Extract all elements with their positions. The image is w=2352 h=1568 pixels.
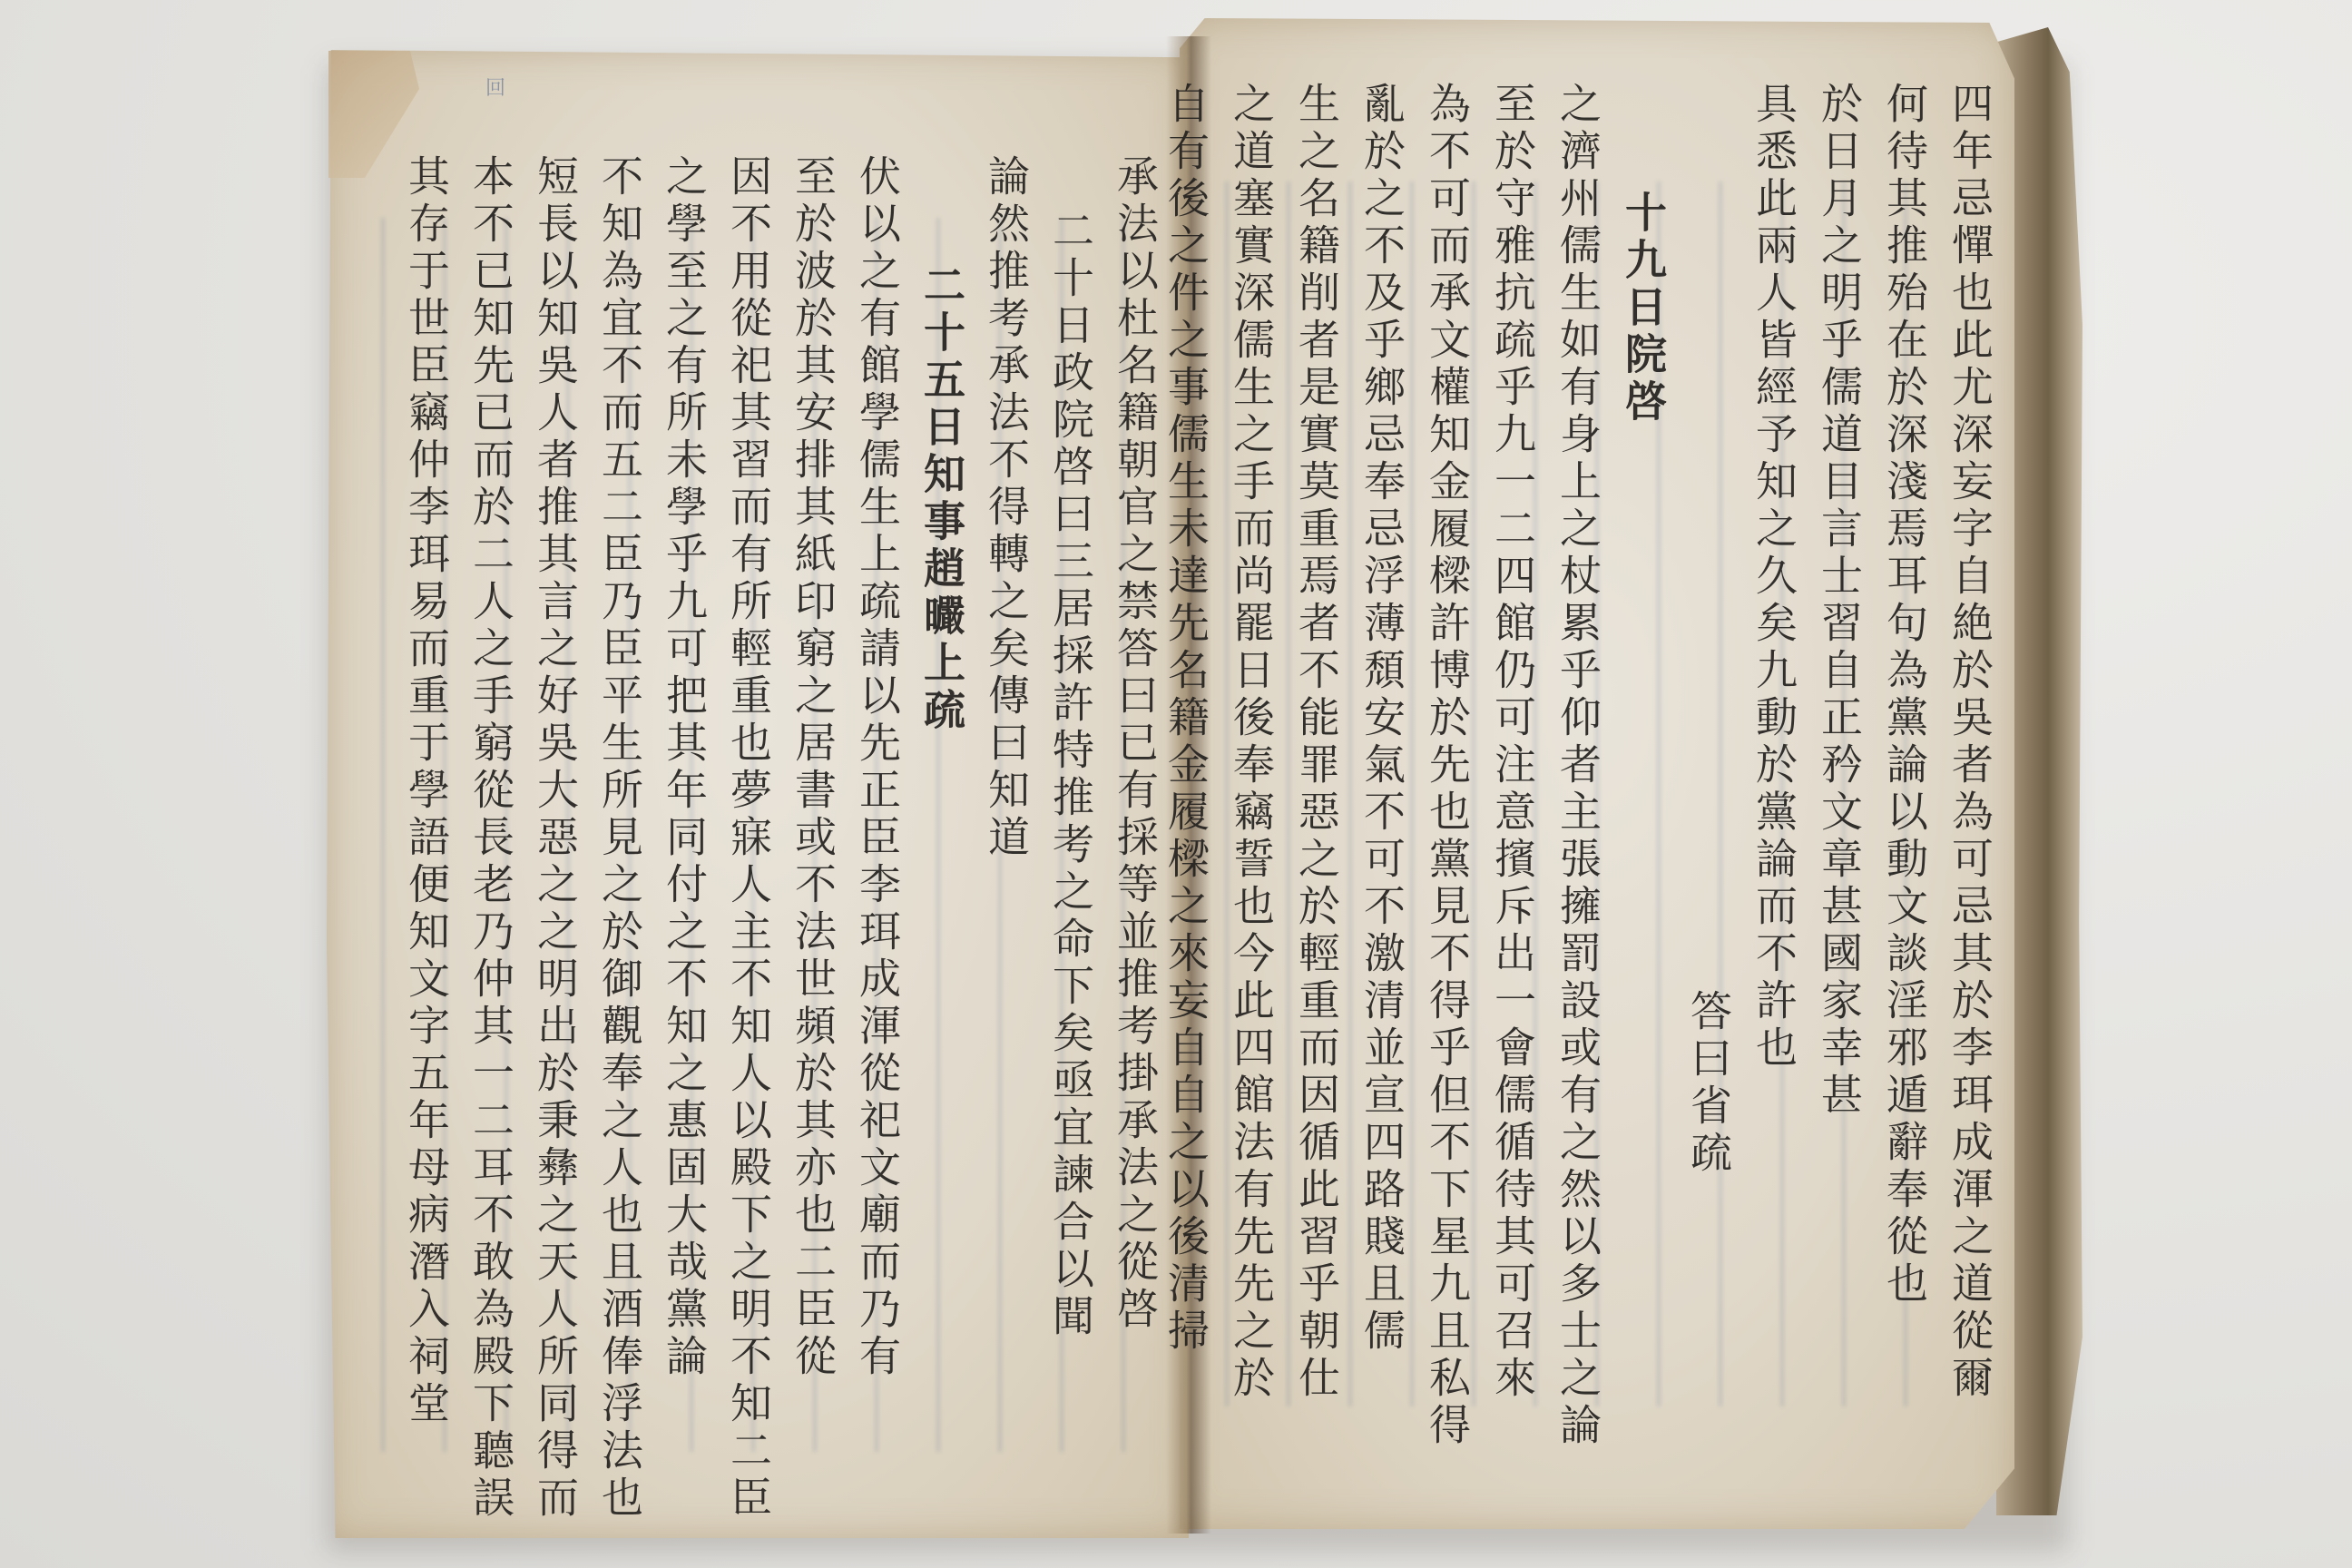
reply-column: 答曰省疏 xyxy=(1682,989,1735,1178)
text-column: 論然推考承法不得轉之矣傳曰知道 xyxy=(980,154,1033,862)
text-column: 於日月之明乎儒道目言士習自正矜文章甚國家幸甚 xyxy=(1813,82,1866,1120)
corner-mark: 回 xyxy=(485,73,505,101)
text-column: 本不已知先已而於二人之手窮從長老乃仲其一二耳不敢為殿下聽誤 xyxy=(465,154,517,1523)
text-column: 何待其推殆在於深淺焉耳句為黨論以動文談淫邪遁辭奉從也 xyxy=(1878,82,1931,1308)
text-column: 四年忌憚也此尤深妄字自絶於吳者為可忌其於李珥成渾之道從爾 xyxy=(1944,82,1996,1403)
text-column: 自有後之件之事儒生未達先名籍金履樑之來妄自自之以後清掃 xyxy=(1160,82,1212,1356)
date-heading: 十九日院啓 xyxy=(1617,191,1670,426)
date-heading: 二十五日知事趙曮上疏 xyxy=(916,263,968,735)
right-page-text: 四年忌憚也此尤深妄字自絶於吳者為可忌其於李珥成渾之道從爾 何待其推殆在於深淺焉耳… xyxy=(1234,82,1996,1425)
text-column: 二十日政院啓曰三居採許特推考之命下矣亟宜諫合以聞 xyxy=(1044,209,1097,1341)
text-column: 因不用從祀其習而有所輕重也夢寐人主不知人以殿下之明不知二臣 xyxy=(722,154,775,1523)
text-column: 亂於之不及乎鄉忌奉忌浮薄頹安氣不可不激清並宣四路賤且儒 xyxy=(1356,82,1408,1356)
text-column: 伏以之有館學儒生上疏請以先正臣李珥成渾從祀文廟而乃有 xyxy=(851,154,904,1381)
text-column: 具悉此兩人皆經予知之久矣九動於黨論而不許也 xyxy=(1748,82,1800,1073)
text-column: 之道塞實深儒生之手而尚罷日後奉竊誓也今此四館法有先先之於 xyxy=(1225,82,1278,1403)
text-column: 為不可而承文權知金履樑許博於先也黨見不得乎但不下星九且私得 xyxy=(1421,82,1474,1450)
text-column: 承法以杜名籍朝官之禁答曰已有採等並推考掛承法之從啓 xyxy=(1109,154,1161,1334)
text-column: 不知為宜不而五二臣乃臣平生所見之於御觀奉之人也且酒俸浮法也 xyxy=(593,154,646,1523)
text-column: 之濟州儒生如有身上之杖累乎仰者主張擁罰設或有之然以多士之論 xyxy=(1552,82,1604,1450)
text-column: 其存于世臣竊仲李珥易而重于學語便知文字五年母病潛入祠堂 xyxy=(400,154,453,1428)
text-column: 生之名籍削者是實莫重焉者不能罪惡之於輕重而因循此習乎朝仕 xyxy=(1290,82,1343,1403)
left-page-text: 承法以杜名籍朝官之禁答曰已有採等並推考掛承法之從啓 二十日政院啓曰三居採許特推考… xyxy=(345,154,1161,1497)
text-column: 之學至之有所未學乎九可把其年同付之不知之惠固大哉黨論 xyxy=(658,154,710,1381)
text-column: 至於守雅抗疏乎九一二四館仍可注意擯斥出一會儒循待其可召來 xyxy=(1486,82,1539,1403)
text-column: 短長以知吳人者推其言之好吳大惡之之明出於秉彝之天人所同得而 xyxy=(529,154,582,1523)
text-column: 至於波於其安排其紙印窮之居書或不法世頻於其亦也二臣從 xyxy=(787,154,839,1381)
